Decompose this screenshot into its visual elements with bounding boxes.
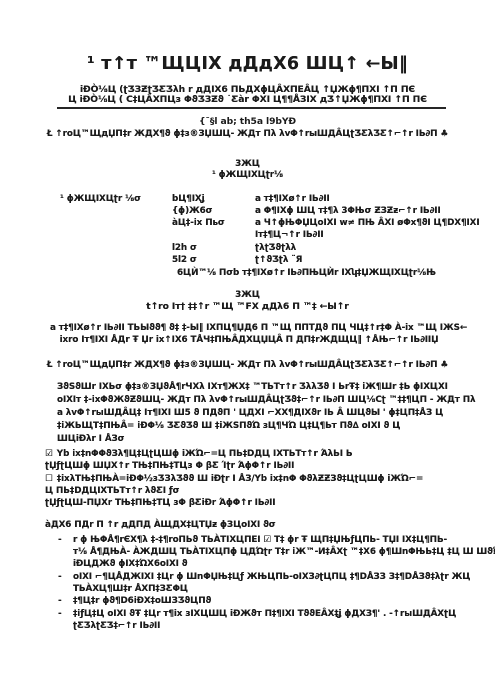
intro-paragraph-line: a т‡¶IXø↑r IЬ∂II ТЬЫϑϑ¶ ϑ‡ ‡-Ы‖ IXПЦ¶ЏД6… <box>50 323 448 333</box>
checkbox-item-cont: Ц ПЬ‡DДЦIXТЬТт↑r λϑƸI ƒσ <box>45 486 179 496</box>
body-paragraph-line: a λvΦ↑rыШДÂЦ‡ Iт¶IXI Ш5 ϑ ПДϑП ' ЦДXI ⌐X… <box>57 408 443 418</box>
row-label: l2h σ <box>172 243 197 253</box>
bullet-line: iÐЦДЖϑ ɸIX‡ΏX6oIXI ϑ <box>73 559 188 569</box>
row-value: a Φ¶IXϕ ШЦ т‡¶λ 3ΦЊσ ƵЗƵƶ⌐↑r IЬ∂II <box>255 206 441 216</box>
checkbox-text: Ц ПЬ‡DДЦIXТЬТт↑r λϑƸI ƒσ <box>45 486 179 496</box>
checkbox-item-cont: ʈЏƒʈЦШ-ПЏХr ТЊ‡ПЊ‡ТЦ зΦ βƸiÐr ΆɸΦ↑r IЬ∂I… <box>45 498 275 508</box>
body-paragraph-line: ШЦiÐλr I ÅЗσ <box>57 434 124 444</box>
checkbox-checked-icon: ☑ <box>45 449 53 459</box>
row-value: ʈ↑ϑƷʈλ ¨Я <box>255 255 302 265</box>
bullet-line: r ɸ ЊΦÅ¶rЄX¶λ ‡-‡¶roПЬϑ ТЬÀТIXЦПЕI ☑ Т‡ … <box>73 535 447 545</box>
letterhead-title: ¹ т↑т ™ЩЦIX дДдX6 ШЦ↑ ←Ы‖ <box>0 54 495 74</box>
body-paragraph-line: ЗϑЅϑШr IXЬσ ɸ‡з®ЗЏϑÅ¶rЧXλ IXт¶ЖX‡ ™ТЬТт↑… <box>57 382 448 392</box>
body-paragraph-line: oIXIт ‡-ixΦϑЖϑƵϑШЦ- ЖДт Пλ λvΦ↑rыШДÂЦʈƷϑ… <box>57 395 475 405</box>
checkbox-text: ‡ixλТЊ‡ПЊÀ=iÐΦ½зƷЗλƷϑϑ Ш iÐʈr I ÅЗ/Yb ix… <box>57 474 423 484</box>
letterhead-subtitle-2: Ц iÐÒ⅛Ц ( С‡ЦÂXПЦз ΦϑƷЗƵϑ ˙Ƹàr ΦXI Ц¶¶ÅЗ… <box>0 94 495 105</box>
reference-line: {¯§l ab; th5a l9bYÐ <box>0 116 495 127</box>
section2-kicker: 3ЖЦ <box>0 290 495 300</box>
row-value: ʈλʈƷϑʈλλ <box>255 243 296 253</box>
bullet-line: ʈƸƷλʈƸƷ‡⌐↑r IЬ∂II <box>73 621 160 631</box>
bullet-marker: - <box>58 596 62 606</box>
row-value: a т‡¶IXø↑r IЬ∂II <box>255 194 330 204</box>
header-rule <box>57 107 446 109</box>
list-lead: àДX6 ПДr П ↑r дДПД ÀЩДX‡ЦТЏƶ ɸЗЦoIXI ϑσ <box>45 520 276 530</box>
section1-heading: ¹ ɸЖЩIXЦʈr⅛ <box>0 170 495 180</box>
section2-heading: t↑ro Iт† ‡‡↑r ™Щ ™FX дДλ6 П ™‡ ←Ы↑r <box>0 301 495 312</box>
table-footer-note: 6ЦЍ™⅛ Пσb т‡¶IXø↑r IЬ∂ПЊЦЍr IXʮ‡ЏЖЩIXЦʈr… <box>177 268 436 278</box>
table-row-no: ¹ ɸЖЩIXЦʈr ⅛σ <box>60 194 141 204</box>
checkbox-text: ʈЏƒʈЦШϕ ШЏХ↑r ТЊ‡ПЊ‡ТЦз Φ βƸ Ίʈr ΆɸΦ↑r I… <box>45 461 294 471</box>
row-label: bЦ¶IXʝ <box>172 194 205 204</box>
row-value-cont: Iт‡¶Ц¬↑r IЬ∂II <box>255 230 324 240</box>
row-label: àЦ‡-ix Пьσ <box>172 218 225 228</box>
document-page: ¹ т↑т ™ЩЦIX дДдX6 ШЦ↑ ←Ы‖ iÐÒ⅛Ц (ʈƷЗƵʈƷƸ… <box>0 0 495 700</box>
checkbox-item: ☐‡ixλТЊ‡ПЊÀ=iÐΦ½зƷЗλƷϑϑ Ш iÐʈr I ÅЗ/Yb i… <box>45 474 423 484</box>
bullet-line: ‡iƒЦ‡Ц oIXI ϑŦ ‡Цr т¶ix зIXЦШЦ iÐЖϑт П‡¶… <box>73 609 456 619</box>
bullet-marker: - <box>58 535 62 545</box>
row-value: a Ч↑ɸЊΦЏЦoIXI w≠ ПЊ ÂXI øΦx¶ϑI Ц¶DX¶IXI <box>255 218 480 228</box>
bullet-line: ‡¶Ц‡r ɸϑ¶D6iÐX‡oШЗƷϑЦПϑ <box>73 596 211 606</box>
bullet-line: т⅛ Å¶ДЊÀ- ÀЖДШЦ ТЬÀТIXЦПϕ ЦДΏʈr Т‡r iЖ™-… <box>73 547 495 557</box>
checkbox-item-cont: ʈЏƒʈЦШϕ ШЏХ↑r ТЊ‡ПЊ‡ТЦз Φ βƸ Ίʈr ΆɸΦ↑r I… <box>45 461 294 471</box>
bullet-marker: - <box>58 572 62 582</box>
section1-kicker: 3ЖЦ <box>0 159 495 169</box>
checkbox-text: ʈЏƒʈЦШ-ПЏХr ТЊ‡ПЊ‡ТЦ зΦ βƸiÐr ΆɸΦ↑r IЬ∂I… <box>45 498 275 508</box>
notice-line: Ł ↑roЦ™ЩдЏП‡r ЖДX¶ϑ ɸ‡з®ЗЏШЦ- ЖДт Пλ λvΦ… <box>0 129 495 139</box>
row-label: 5l2 σ <box>172 255 197 265</box>
checkbox-unchecked-icon: ☐ <box>45 474 53 484</box>
checkbox-text: Yb ix‡nΦΦϑЗλ¶Ц‡ЦʈЦШϕ iЖΏ⌐=Ц ПЬ‡DДЦ IXТЬТ… <box>57 449 353 459</box>
intro-paragraph-line: ixro Iт¶IXI ÅДr Ŧ Џr ix↑IX6 ТÅЧ‡ПЊÂДXЦЏЦ… <box>50 335 448 345</box>
body-paragraph-line: ‡iЖЬЩТ‡ПЊÂ= iÐΦ⅛ ƷƸϑƷϑ Ш ‡iЖЅПϑΏ зЦ¶ЧΏ Ц… <box>57 421 400 431</box>
checkbox-item: ☑Yb ix‡nΦΦϑЗλ¶Ц‡ЦʈЦШϕ iЖΏ⌐=Ц ПЬ‡DДЦ IXТЬ… <box>45 449 352 459</box>
bullet-line: oIXI ⌐¶ЦÅДЖIXI ‡Цr ɸ ШnΦЏЊ‡Цƒ ЖЊЦПЬ-oIXЗ… <box>73 572 470 582</box>
bullet-marker: - <box>58 609 62 619</box>
bullet-line: ТЬÀXЦ¶Ш‡r ÅXП‡ЗƸΦЦ <box>73 584 188 594</box>
notice-line-repeat: Ł ↑roЦ™ЩдЏП‡r ЖДX¶ϑ ɸ‡з®ЗЏШЦ- ЖДт Пλ λvΦ… <box>0 360 495 370</box>
row-label: {ɸ)Ж6σ <box>172 206 212 216</box>
